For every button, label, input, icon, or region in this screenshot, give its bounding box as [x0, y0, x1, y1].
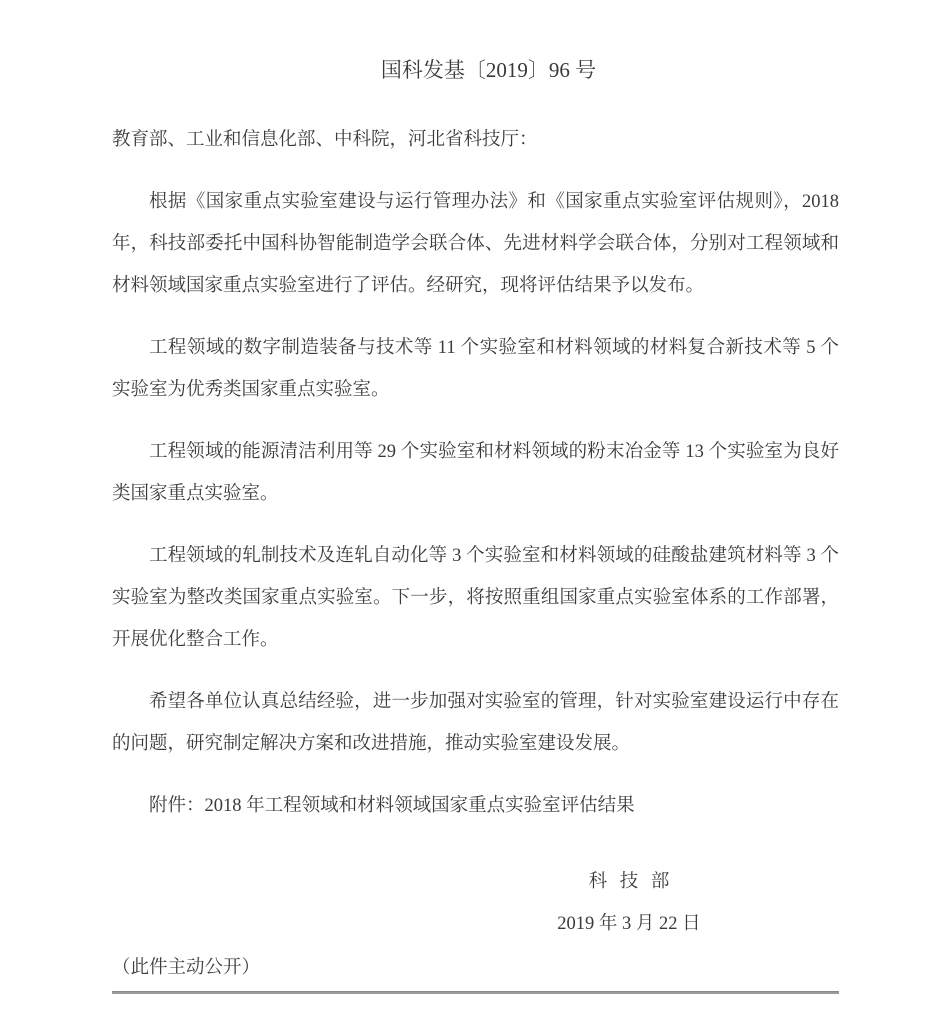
paragraph-excellent-labs: 工程领域的数字制造装备与技术等 11 个实验室和材料领域的材料复合新技术等 5 …	[112, 327, 839, 411]
attachment-line: 附件：2018 年工程领域和材料领域国家重点实验室评估结果	[112, 785, 839, 827]
salutation: 教育部、工业和信息化部、中科院，河北省科技厅：	[112, 119, 839, 161]
doc-number: 国科发基〔2019〕96 号	[112, 55, 839, 85]
signature-date: 2019 年 3 月 22 日	[479, 903, 779, 945]
signature-block: 科 技 部 2019 年 3 月 22 日	[479, 861, 779, 945]
paragraph-evaluation-basis: 根据《国家重点实验室建设与运行管理办法》和《国家重点实验室评估规则》，2018 …	[112, 181, 839, 307]
paragraph-good-labs: 工程领域的能源清洁利用等 29 个实验室和材料领域的粉末冶金等 13 个实验室为…	[112, 431, 839, 515]
document-page: 国科发基〔2019〕96 号 教育部、工业和信息化部、中科院，河北省科技厅： 根…	[0, 0, 951, 1031]
bottom-rule-divider	[112, 991, 839, 994]
paragraph-rectification-labs: 工程领域的轧制技术及连轧自动化等 3 个实验室和材料领域的硅酸盐建筑材料等 3 …	[112, 535, 839, 661]
disclosure-note: （此件主动公开）	[112, 947, 839, 989]
signer-name: 科 技 部	[479, 861, 779, 903]
paragraph-expectations: 希望各单位认真总结经验，进一步加强对实验室的管理，针对实验室建设运行中存在的问题…	[112, 681, 839, 765]
